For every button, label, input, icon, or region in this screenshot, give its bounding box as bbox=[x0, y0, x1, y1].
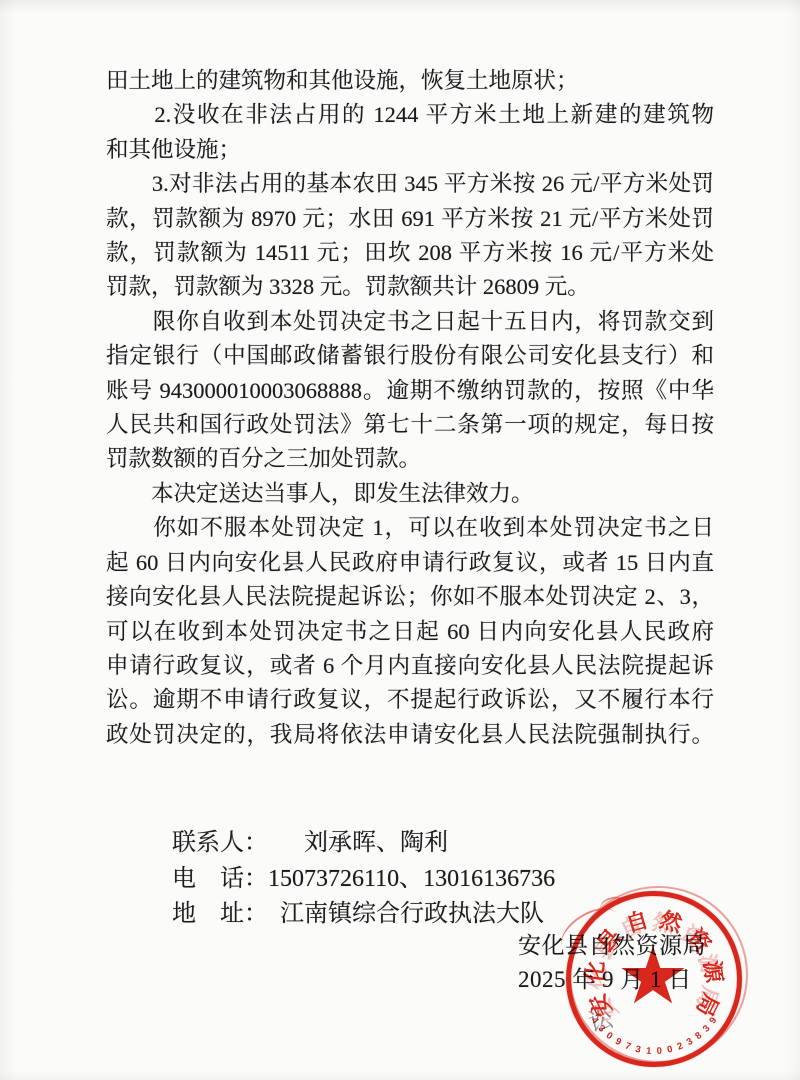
document-line: 2.没收在非法占用的 1244 平方米土地上新建的建筑物 bbox=[106, 98, 714, 132]
document-line: 讼。逾期不申请行政复议，不提起行政诉讼，又不履行本行 bbox=[106, 683, 714, 717]
document-line: 罚款，罚款额为 3328 元。罚款额共计 26809 元。 bbox=[106, 270, 714, 304]
document-line: 申请行政复议，或者 6 个月内直接向安化县人民法院提起诉 bbox=[106, 649, 714, 683]
document-line: 你如不服本处罚决定 1，可以在收到本处罚决定书之日 bbox=[106, 511, 714, 545]
document-line: 本决定送达当事人，即发生法律效力。 bbox=[106, 477, 714, 511]
document-line: 限你自收到本处罚决定书之日起十五日内，将罚款交到 bbox=[106, 305, 714, 339]
seal-character: 化 bbox=[585, 966, 611, 992]
document-line: 账号 943000010003068888。逾期不缴纳罚款的，按照《中华 bbox=[106, 374, 714, 408]
document-line: 政处罚决定的，我局将依法申请安化县人民法院强制执行。 bbox=[106, 718, 714, 752]
document-line: 可以在收到本处罚决定书之日起 60 日内向安化县人民政府 bbox=[106, 615, 714, 649]
contact-block: 联系人： 刘承晖、陶利 电 话：15073726110、13016136736 … bbox=[172, 826, 555, 933]
document-line: 3.对非法占用的基本农田 345 平方米按 26 元/平方米处罚 bbox=[106, 167, 714, 201]
contact-person-line: 联系人： 刘承晖、陶利 bbox=[172, 826, 555, 862]
seal-character: 然 bbox=[648, 909, 678, 939]
document-line: 指定银行（中国邮政储蓄银行股份有限公司安化县支行）和 bbox=[106, 339, 714, 373]
document-body: 田土地上的建筑物和其他设施，恢复土地原状； 2.没收在非法占用的 1244 平方… bbox=[106, 64, 714, 752]
document-line: 田土地上的建筑物和其他设施，恢复土地原状； bbox=[106, 64, 714, 98]
document-line: 款，罚款额为 8970 元；水田 691 平方米按 21 元/平方米处罚 bbox=[106, 202, 714, 236]
document-line: 罚款数额的百分之三加处罚款。 bbox=[106, 442, 714, 476]
official-seal: 安化县自然资源局 安化县自然资源局 43097310023839 讼 bbox=[566, 891, 742, 1067]
document-line: 和其他设施； bbox=[106, 133, 714, 167]
contact-address-line: 地 址： 江南镇综合行政执法大队 bbox=[172, 897, 555, 933]
document-line: 款，罚款额为 14511 元；田坎 208 平方米按 16 元/平方米处 bbox=[106, 236, 714, 270]
document-line: 接向安化县人民法院提起诉讼；你如不服本处罚决定 2、3， bbox=[106, 580, 714, 614]
document-line: 人民共和国行政处罚法》第七十二条第一项的规定，每日按 bbox=[106, 408, 714, 442]
document-line: 起 60 日内向安化县人民政府申请行政复议，或者 15 日内直 bbox=[106, 546, 714, 580]
contact-phone-line: 电 话：15073726110、13016136736 bbox=[172, 862, 555, 898]
document-page: 田土地上的建筑物和其他设施，恢复土地原状； 2.没收在非法占用的 1244 平方… bbox=[0, 0, 800, 1080]
